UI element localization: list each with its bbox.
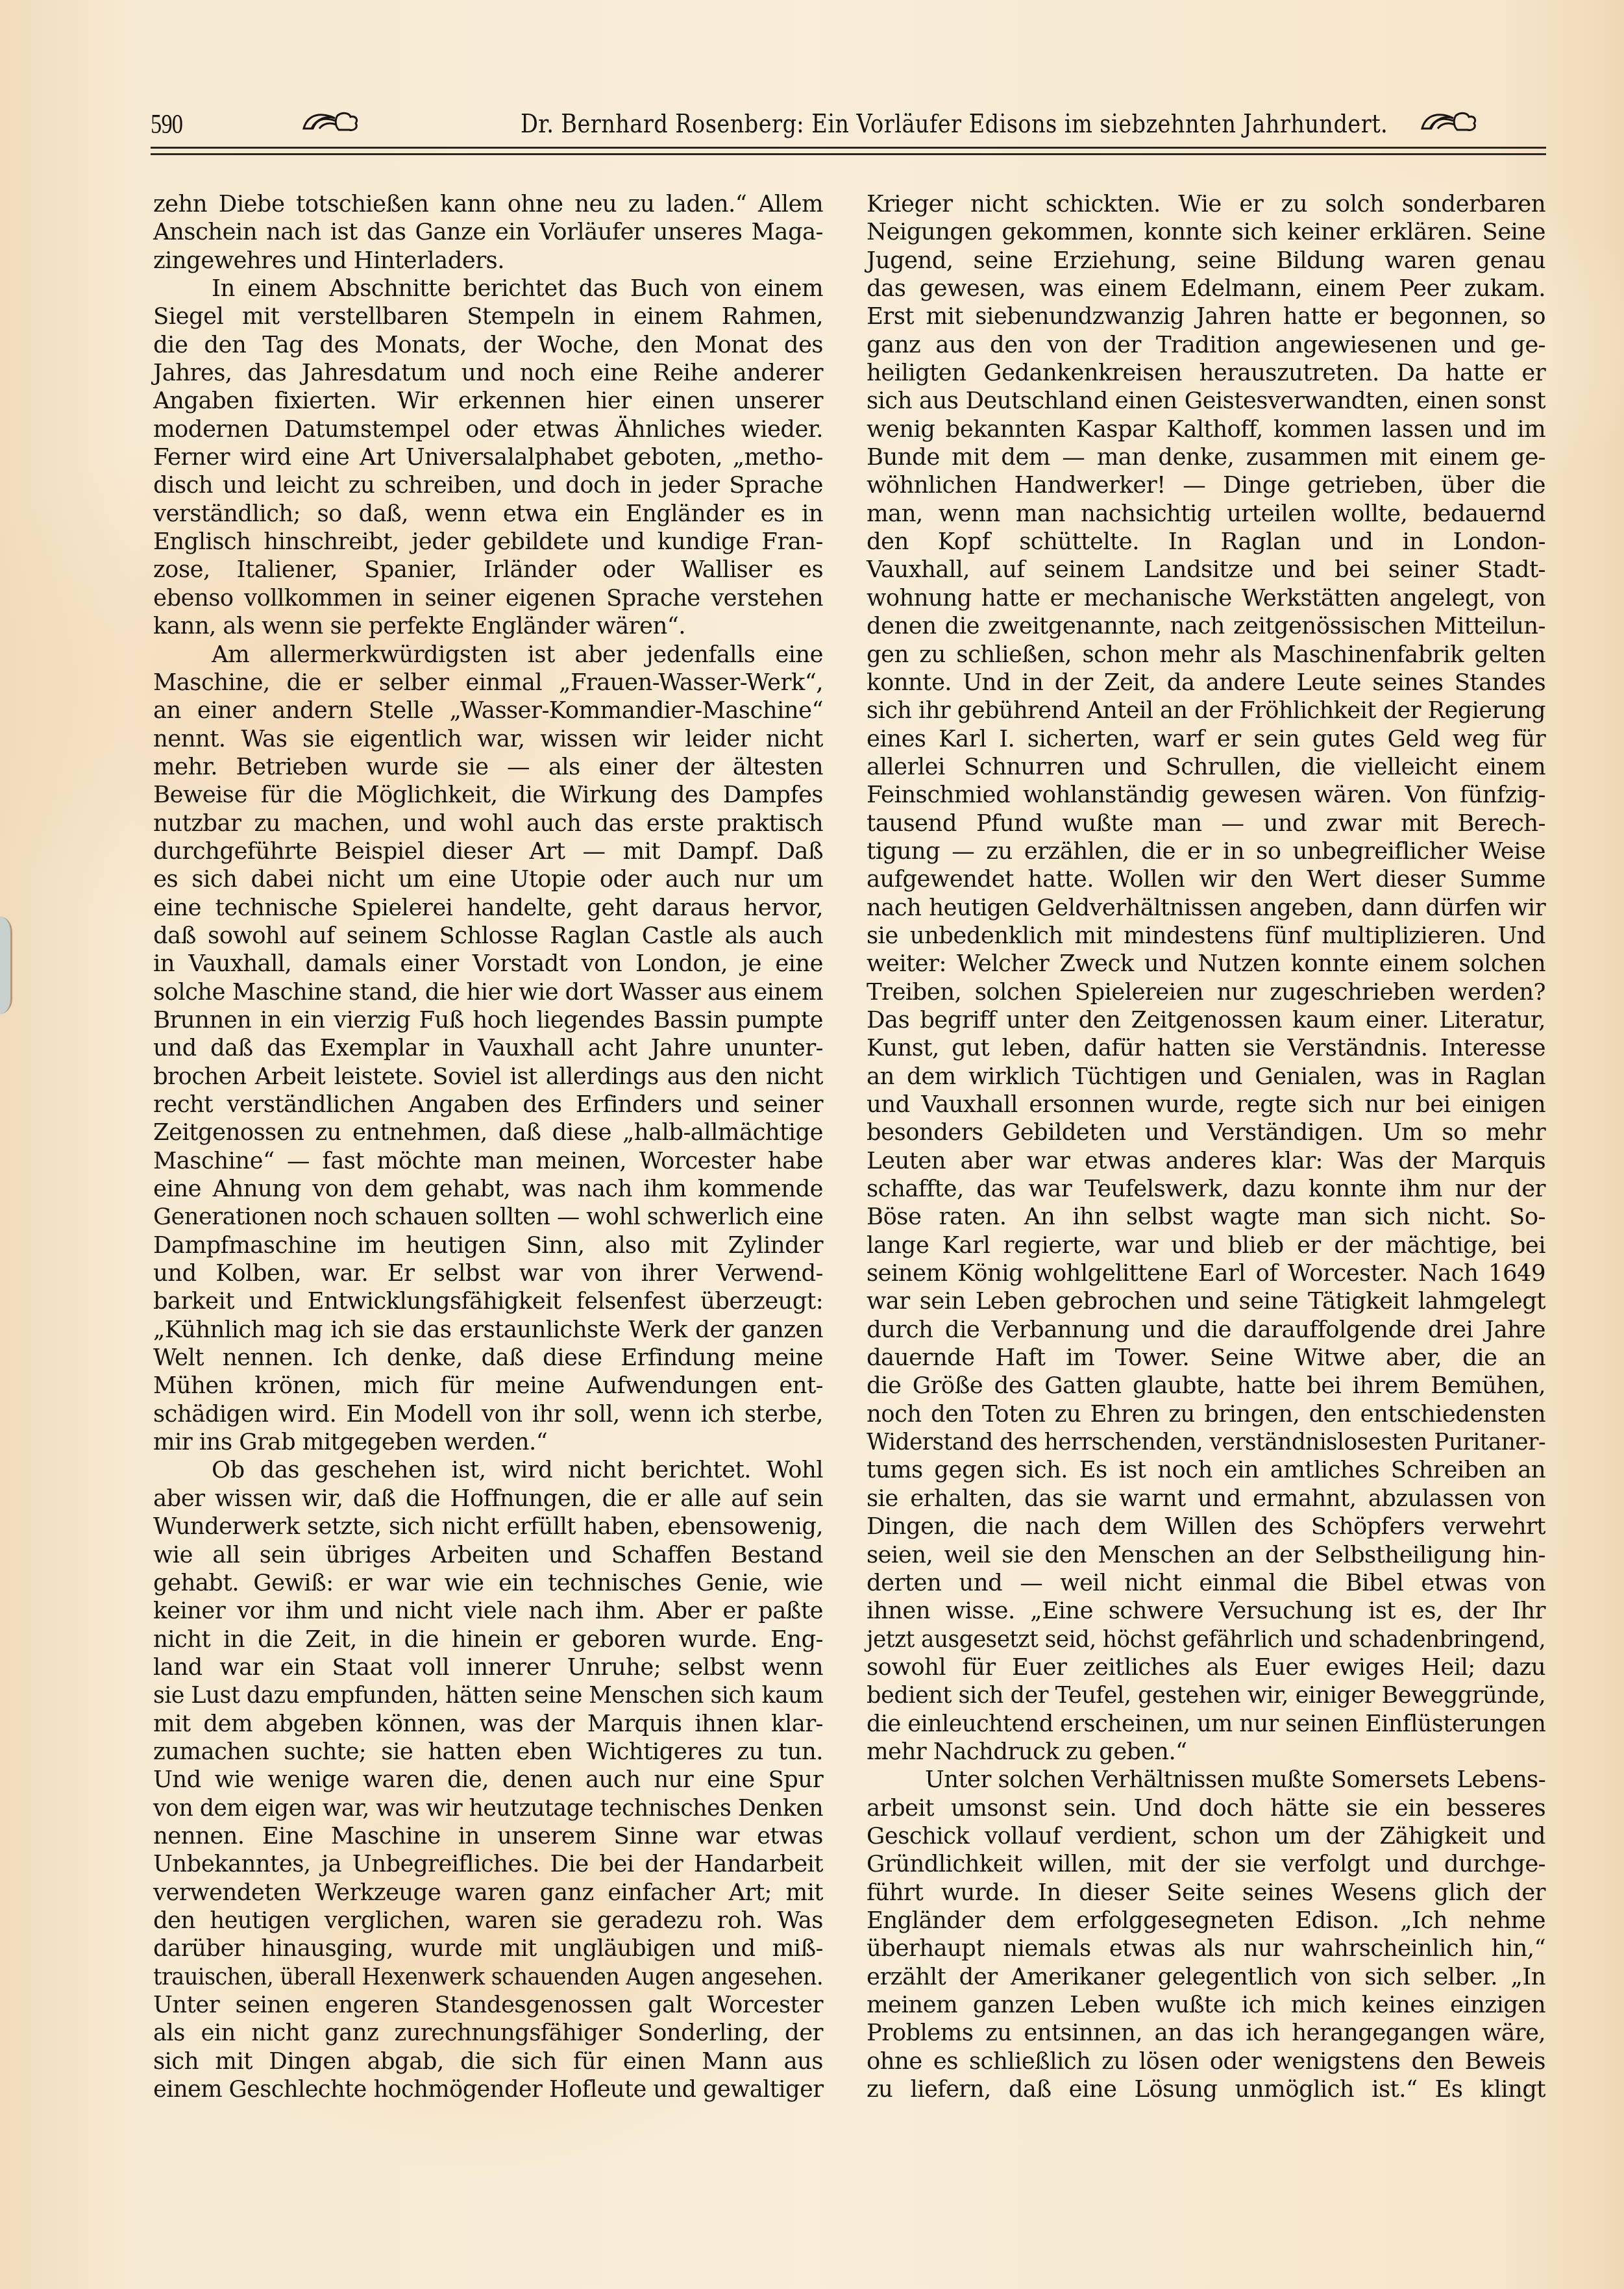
header-rule-top xyxy=(151,147,1546,149)
running-header: 590 Dr. Bernhard Rosenberg: Ein Vorläufe… xyxy=(151,103,1546,142)
text-line: Anschein nach ist das Ganze ein Vorläufe… xyxy=(153,218,823,246)
leaf-ornament-icon xyxy=(1420,109,1478,132)
text-line: Mühen krönen, mich für meine Aufwendunge… xyxy=(153,1372,823,1400)
text-line: disch und leicht zu schreiben, und doch … xyxy=(153,471,823,499)
text-column-left: zehn Diebe totschießen kann ohne neu zu … xyxy=(153,190,823,2103)
text-line: keiner vor ihm und nicht viele nach ihm.… xyxy=(153,1597,823,1625)
text-line: kann, als wenn sie perfekte Engländer wä… xyxy=(153,612,823,640)
text-line: sie erhalten, das sie warnt und ermahnt,… xyxy=(867,1485,1545,1513)
text-line: schaffte, das war Teufelswerk, dazu konn… xyxy=(867,1175,1545,1203)
text-line: den Kopf schüttelte. In Raglan und in Lo… xyxy=(867,528,1545,556)
text-line: Widerstand des herrschenden, verständnis… xyxy=(867,1428,1545,1456)
text-line: heiligten Gedankenkreisen herauszutreten… xyxy=(867,359,1545,387)
text-line: Maschine, die er selber einmal „Frauen-W… xyxy=(153,669,823,697)
text-line: Wunderwerk setzte, sich nicht erfüllt ha… xyxy=(153,1513,823,1540)
text-line: wohnung hatte er mechanische Werkstätten… xyxy=(867,584,1545,612)
text-line: besonders Gebildeten und Verständigen. U… xyxy=(867,1119,1545,1146)
text-line: noch den Toten zu Ehren zu bringen, den … xyxy=(867,1400,1545,1428)
text-line: nach heutigen Geldverhältnissen angeben,… xyxy=(867,894,1545,922)
text-line: Neigungen gekommen, konnte sich keiner e… xyxy=(867,218,1545,246)
text-line: Am allermerkwürdigsten ist aber jedenfal… xyxy=(153,641,823,669)
text-line: daß sowohl auf seinem Schlosse Raglan Ca… xyxy=(153,922,823,950)
text-line: recht verständlichen Angaben des Erfinde… xyxy=(153,1091,823,1119)
text-line: zingewehres und Hinterladers. xyxy=(153,247,823,275)
text-line: Ferner wird eine Art Universalalphabet g… xyxy=(153,443,823,471)
text-line: Das begriff unter den Zeitgenossen kaum … xyxy=(867,1006,1545,1034)
text-line: bedient sich der Teufel, gestehen wir, e… xyxy=(867,1681,1545,1709)
text-line: überhaupt niemals etwas als nur wahrsche… xyxy=(867,1935,1545,1962)
text-line: denen die zweitgenannte, nach zeitgenöss… xyxy=(867,612,1545,640)
text-line: in Vauxhall, damals einer Vorstadt von L… xyxy=(153,950,823,978)
text-line: meinem ganzen Leben wußte ich mich keine… xyxy=(867,1991,1545,2019)
text-line: Siegel mit verstellbaren Stempeln in ein… xyxy=(153,303,823,330)
text-line: an einer andern Stelle „Wasser-Kommandie… xyxy=(153,697,823,724)
text-line: als ein nicht ganz zurechnungsfähiger So… xyxy=(153,2019,823,2047)
text-line: trauischen, überall Hexenwerk schauenden… xyxy=(153,1963,823,1991)
text-line: tigung — zu erzählen, die er in so unbeg… xyxy=(867,837,1545,865)
text-line: Beweise für die Möglichkeit, die Wirkung… xyxy=(153,781,823,809)
text-line: das gewesen, was einem Edelmann, einem P… xyxy=(867,275,1545,303)
text-line: nutzbar zu machen, und wohl auch das ers… xyxy=(153,810,823,837)
text-line: wenig bekannten Kaspar Kalthoff, kommen … xyxy=(867,415,1545,443)
text-line: eine Ahnung von dem gehabt, was nach ihm… xyxy=(153,1175,823,1203)
text-line: allerlei Schnurren und Schrullen, die vi… xyxy=(867,753,1545,781)
running-title: Dr. Bernhard Rosenberg: Ein Vorläufer Ed… xyxy=(521,109,1556,139)
text-line: gen zu schließen, schon mehr als Maschin… xyxy=(867,641,1545,669)
text-line: sich ihr gebührend Anteil an der Fröhlic… xyxy=(867,697,1545,724)
text-line: zehn Diebe totschießen kann ohne neu zu … xyxy=(153,190,823,218)
text-line: mir ins Grab mitgegeben werden.“ xyxy=(153,1428,823,1456)
text-line: und Vauxhall ersonnen wurde, regte sich … xyxy=(867,1091,1545,1119)
text-line: „Kühnlich mag ich sie das erstaunlichste… xyxy=(153,1316,823,1344)
text-line: sie unbedenklich mit mindestens fünf mul… xyxy=(867,922,1545,950)
text-line: In einem Abschnitte berichtet das Buch v… xyxy=(153,275,823,303)
text-line: Dingen, die nach dem Willen des Schöpfer… xyxy=(867,1513,1545,1540)
text-line: sie Lust dazu empfunden, hätten seine Me… xyxy=(153,1681,823,1709)
text-line: nennt. Was sie eigentlich war, wissen wi… xyxy=(153,725,823,753)
text-line: Vauxhall, auf seinem Landsitze und bei s… xyxy=(867,556,1545,584)
text-line: es sich dabei nicht um eine Utopie oder … xyxy=(153,865,823,893)
text-line: konnte. Und in der Zeit, da andere Leute… xyxy=(867,669,1545,697)
text-line: gehabt. Gewiß: er war wie ein technische… xyxy=(153,1569,823,1597)
leaf-ornament-icon xyxy=(301,109,360,132)
text-line: Zeitgenossen zu entnehmen, daß diese „ha… xyxy=(153,1119,823,1146)
text-line: und daß das Exemplar in Vauxhall acht Ja… xyxy=(153,1034,823,1062)
text-line: Krieger nicht schickten. Wie er zu solch… xyxy=(867,190,1545,218)
text-line: dauernde Haft im Tower. Seine Witwe aber… xyxy=(867,1344,1545,1372)
text-line: Ob das geschehen ist, wird nicht bericht… xyxy=(153,1456,823,1484)
text-line: an dem wirklich Tüchtigen und Genialen, … xyxy=(867,1063,1545,1091)
text-line: jetzt ausgesetzt seid, höchst gefährlich… xyxy=(867,1626,1545,1653)
text-line: Feinschmied wohlanständig gewesen wären.… xyxy=(867,781,1545,809)
text-line: wöhnlichen Handwerker! — Dinge getrieben… xyxy=(867,471,1545,499)
text-line: aufgewendet hatte. Wollen wir den Wert d… xyxy=(867,865,1545,893)
text-line: Jahres, das Jahresdatum und noch eine Re… xyxy=(153,359,823,387)
text-line: verwendeten Werkzeuge waren ganz einfach… xyxy=(153,1879,823,1907)
text-line: Böse raten. An ihn selbst wagte man sich… xyxy=(867,1203,1545,1231)
text-line: derten und — weil nicht einmal die Bibel… xyxy=(867,1569,1545,1597)
text-line: seien, weil sie den Menschen an der Selb… xyxy=(867,1541,1545,1569)
text-line: Gründlichkeit willen, mit der sie verfol… xyxy=(867,1850,1545,1878)
text-line: Engländer dem erfolggesegneten Edison. „… xyxy=(867,1907,1545,1935)
text-line: aber wissen wir, daß die Hoffnungen, die… xyxy=(153,1485,823,1513)
text-line: war sein Leben gebrochen und seine Tätig… xyxy=(867,1287,1545,1315)
text-line: man, wenn man nachsichtig urteilen wollt… xyxy=(867,500,1545,528)
text-line: führt wurde. In dieser Seite seines Wese… xyxy=(867,1879,1545,1907)
text-line: Unter seinen engeren Standesgenossen gal… xyxy=(153,1991,823,2019)
text-line: Unter solchen Verhältnissen mußte Somers… xyxy=(867,1766,1545,1794)
page-edge-tear xyxy=(0,917,12,1014)
text-line: Und wie wenige waren die, denen auch nur… xyxy=(153,1766,823,1794)
text-line: Generationen noch schauen sollten — wohl… xyxy=(153,1203,823,1231)
text-line: wie all sein übriges Arbeiten und Schaff… xyxy=(153,1541,823,1569)
text-line: ganz aus den von der Tradition angewiese… xyxy=(867,331,1545,359)
text-column-right: Krieger nicht schickten. Wie er zu solch… xyxy=(867,190,1545,2103)
text-line: eines Karl I. sicherten, warf er sein gu… xyxy=(867,725,1545,753)
text-line: von dem eigen war, was wir heutzutage te… xyxy=(153,1794,823,1822)
text-line: schädigen wird. Ein Modell von ihr soll,… xyxy=(153,1400,823,1428)
page-number: 590 xyxy=(151,109,182,140)
text-line: zu liefern, daß eine Lösung unmöglich is… xyxy=(867,2075,1545,2103)
text-line: Kunst, gut leben, dafür hatten sie Verst… xyxy=(867,1034,1545,1062)
text-line: durchgeführte Beispiel dieser Art — mit … xyxy=(153,837,823,865)
text-line: Unbekanntes, ja Unbegreifliches. Die bei… xyxy=(153,1850,823,1878)
text-line: darüber hinausging, wurde mit ungläubige… xyxy=(153,1935,823,1962)
text-line: die Größe des Gatten glaubte, hatte bei … xyxy=(867,1372,1545,1400)
text-line: Angaben fixierten. Wir erkennen hier ein… xyxy=(153,387,823,415)
text-line: verständlich; so daß, wenn etwa ein Engl… xyxy=(153,500,823,528)
text-line: und Kolben, war. Er selbst war von ihrer… xyxy=(153,1259,823,1287)
header-rule-bottom xyxy=(151,153,1546,155)
text-line: Englisch hinschreibt, jeder gebildete un… xyxy=(153,528,823,556)
text-line: modernen Datumstempel oder etwas Ähnlich… xyxy=(153,415,823,443)
text-line: ihnen wisse. „Eine schwere Versuchung is… xyxy=(867,1597,1545,1625)
text-line: Maschine“ — fast möchte man meinen, Worc… xyxy=(153,1147,823,1175)
text-line: Welt nennen. Ich denke, daß diese Erfind… xyxy=(153,1344,823,1372)
text-line: Geschick vollauf verdient, schon um der … xyxy=(867,1822,1545,1850)
text-line: erzählt der Amerikaner gelegentlich von … xyxy=(867,1963,1545,1991)
text-line: ohne es schließlich zu lösen oder wenigs… xyxy=(867,2048,1545,2075)
text-line: durch die Verbannung und die darauffolge… xyxy=(867,1316,1545,1344)
text-line: Problems zu entsinnen, an das ich herang… xyxy=(867,2019,1545,2047)
text-line: tausend Pfund wußte man — und zwar mit B… xyxy=(867,810,1545,837)
text-line: weiter: Welcher Zweck und Nutzen konnte … xyxy=(867,950,1545,978)
text-line: tums gegen sich. Es ist noch ein amtlich… xyxy=(867,1456,1545,1484)
text-line: zose, Italiener, Spanier, Irländer oder … xyxy=(153,556,823,584)
text-line: eine technische Spielerei handelte, geht… xyxy=(153,894,823,922)
text-line: zumachen suchte; sie hatten eben Wichtig… xyxy=(153,1738,823,1766)
text-line: einem Geschlechte hochmögender Hofleute … xyxy=(153,2075,823,2103)
text-line: Dampfmaschine im heutigen Sinn, also mit… xyxy=(153,1231,823,1259)
text-line: Leuten aber war etwas anderes klar: Was … xyxy=(867,1147,1545,1175)
text-line: Treiben, solchen Spielereien nur zugesch… xyxy=(867,978,1545,1006)
text-line: seinem König wohlgelittene Earl of Worce… xyxy=(867,1259,1545,1287)
text-line: solche Maschine stand, die hier wie dort… xyxy=(153,978,823,1006)
text-line: sich aus Deutschland einen Geistesverwan… xyxy=(867,387,1545,415)
text-line: Brunnen in ein vierzig Fuß hoch liegende… xyxy=(153,1006,823,1034)
text-line: land war ein Staat voll innerer Unruhe; … xyxy=(153,1653,823,1681)
text-line: nicht in die Zeit, in die hinein er gebo… xyxy=(153,1626,823,1653)
text-line: brochen Arbeit leistete. Soviel ist alle… xyxy=(153,1063,823,1091)
text-line: die einleuchtend erscheinen, um nur sein… xyxy=(867,1710,1545,1738)
text-line: sowohl für Euer zeitliches als Euer ewig… xyxy=(867,1653,1545,1681)
text-line: nennen. Eine Maschine in unserem Sinne w… xyxy=(153,1822,823,1850)
text-line: Erst mit siebenundzwanzig Jahren hatte e… xyxy=(867,303,1545,330)
text-line: mit dem abgeben können, was der Marquis … xyxy=(153,1710,823,1738)
text-line: ebenso vollkommen in seiner eigenen Spra… xyxy=(153,584,823,612)
text-line: lange Karl regierte, war und blieb er de… xyxy=(867,1231,1545,1259)
text-line: arbeit umsonst sein. Und doch hätte sie … xyxy=(867,1794,1545,1822)
text-line: sich mit Dingen abgab, die sich für eine… xyxy=(153,2048,823,2075)
text-line: Bunde mit dem — man denke, zusammen mit … xyxy=(867,443,1545,471)
text-line: Jugend, seine Erziehung, seine Bildung w… xyxy=(867,247,1545,275)
text-line: mehr Nachdruck zu geben.“ xyxy=(867,1738,1545,1766)
text-line: die den Tag des Monats, der Woche, den M… xyxy=(153,331,823,359)
text-line: barkeit und Entwicklungsfähigkeit felsen… xyxy=(153,1287,823,1315)
text-line: mehr. Betrieben wurde sie — als einer de… xyxy=(153,753,823,781)
text-line: den heutigen verglichen, waren sie gerad… xyxy=(153,1907,823,1935)
